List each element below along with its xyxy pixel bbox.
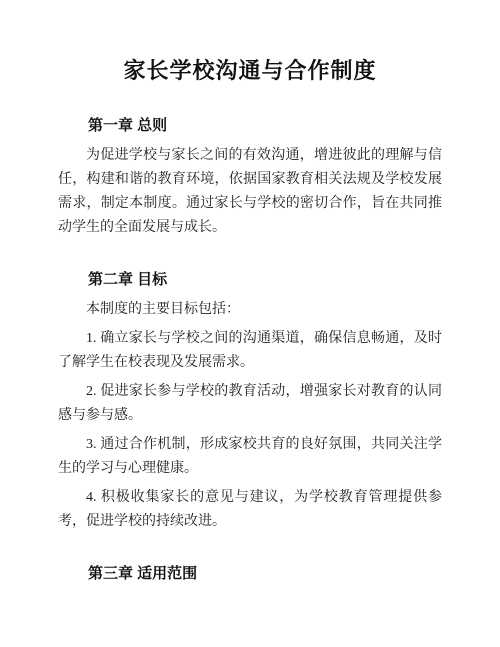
section-heading-chapter-3: 第三章 适用范围 bbox=[58, 562, 442, 586]
list-item-2: 2. 促进家长参与学校的教育活动，增强家长对教育的认同感与参与感。 bbox=[58, 380, 442, 428]
section-chapter-1: 第一章 总则 为促进学校与家长之间的有效沟通，增进彼此的理解与信任，构建和谐的教… bbox=[58, 114, 442, 240]
list-item-4: 4. 积极收集家长的意见与建议，为学校教育管理提供参考，促进学校的持续改进。 bbox=[58, 486, 442, 534]
section-heading-chapter-1: 第一章 总则 bbox=[58, 114, 442, 138]
section-chapter-3: 第三章 适用范围 bbox=[58, 562, 442, 586]
section-heading-chapter-2: 第二章 目标 bbox=[58, 268, 442, 292]
list-item-1: 1. 确立家长与学校之间的沟通渠道，确保信息畅通，及时了解学生在校表现及发展需求… bbox=[58, 327, 442, 375]
paragraph: 本制度的主要目标包括： bbox=[58, 298, 442, 322]
document-page: 家长学校沟通与合作制度 第一章 总则 为促进学校与家长之间的有效沟通，增进彼此的… bbox=[0, 0, 500, 647]
paragraph: 为促进学校与家长之间的有效沟通，增进彼此的理解与信任，构建和谐的教育环境，依据国… bbox=[58, 144, 442, 240]
section-chapter-2: 第二章 目标 本制度的主要目标包括： 1. 确立家长与学校之间的沟通渠道，确保信… bbox=[58, 268, 442, 534]
list-item-3: 3. 通过合作机制，形成家校共育的良好氛围，共同关注学生的学习与心理健康。 bbox=[58, 433, 442, 481]
document-title: 家长学校沟通与合作制度 bbox=[58, 56, 442, 86]
